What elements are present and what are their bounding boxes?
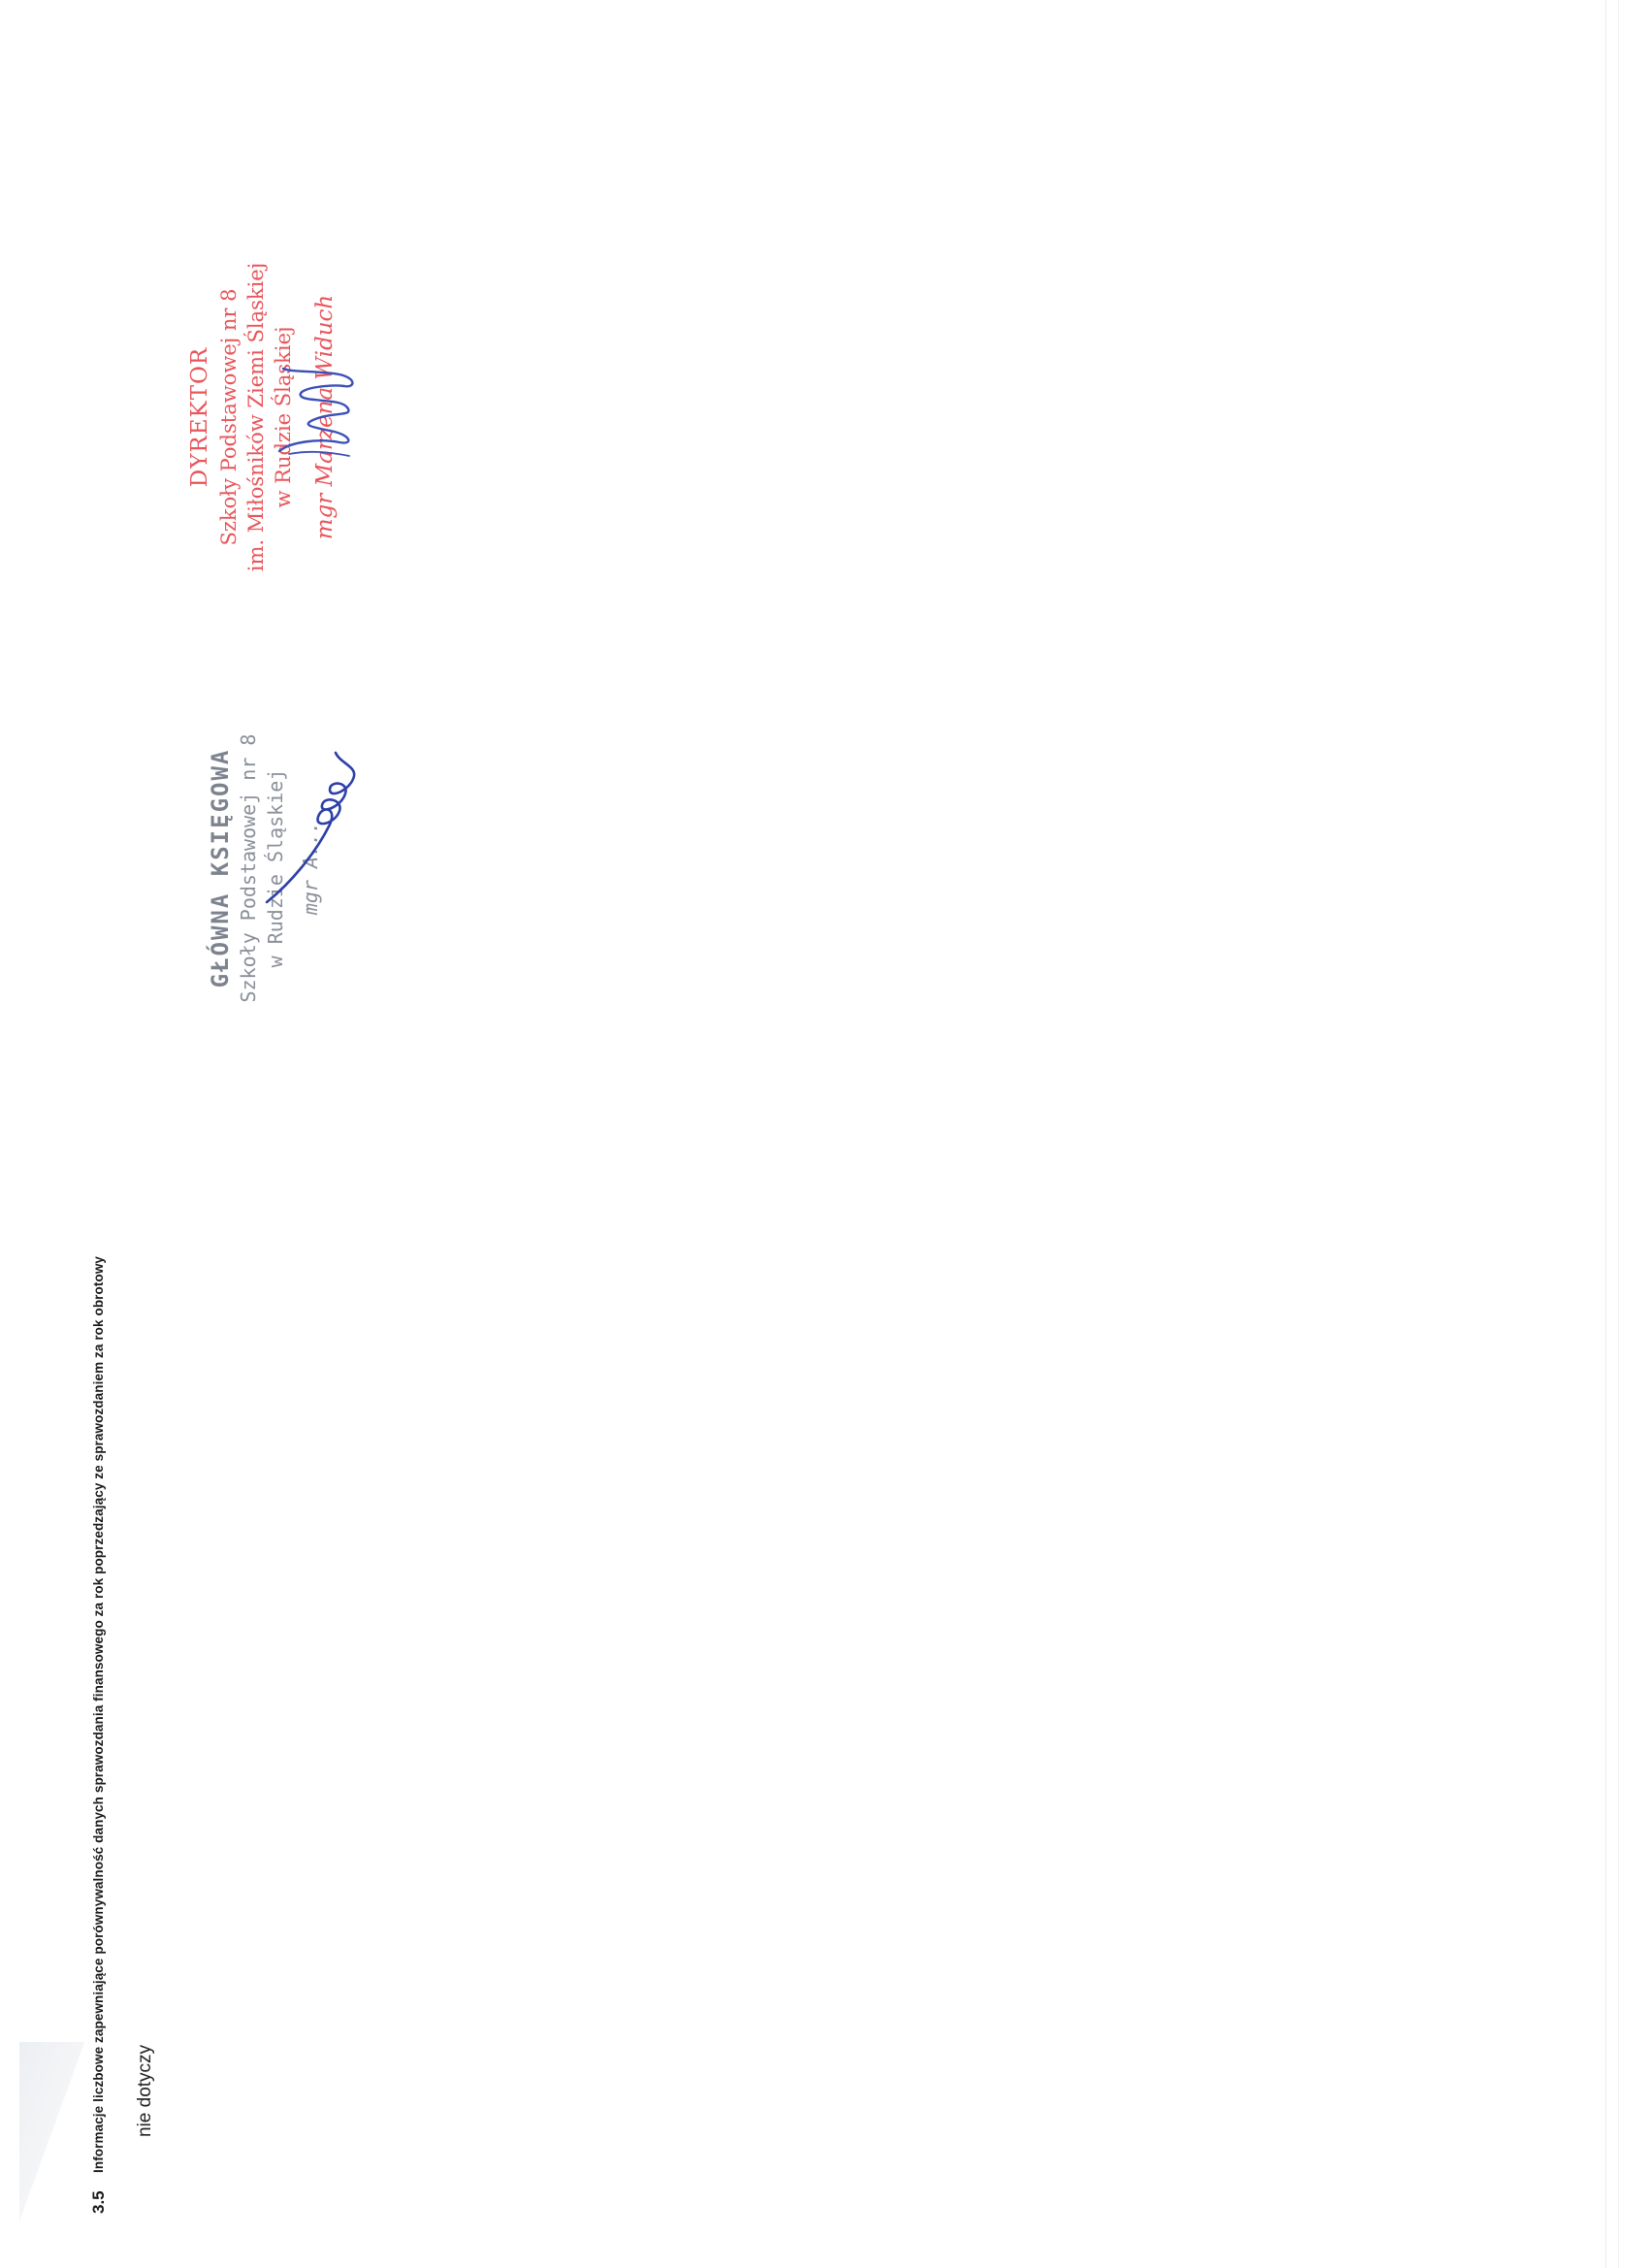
section-body: nie dotyczy [135, 2045, 156, 2137]
stamp-line-title: DYREKTOR [184, 252, 215, 582]
scan-edge-line [1605, 0, 1606, 2268]
section-title: Informacje liczbowe zapewniające porówny… [91, 1256, 106, 2173]
stamp-line-school: Szkoły Podstawowej nr 8 [215, 252, 242, 582]
chief-accountant-signature [262, 747, 369, 912]
director-signature [262, 349, 369, 466]
stamp-line-school: Szkoły Podstawowej nr 8 [235, 718, 262, 1019]
stamp-line-title: GŁÓWNA KSIĘGOWA [206, 718, 235, 1019]
scan-edge-line [1618, 0, 1619, 2268]
folded-page-corner [19, 2042, 92, 2236]
section-number: 3.5 [89, 2190, 109, 2214]
